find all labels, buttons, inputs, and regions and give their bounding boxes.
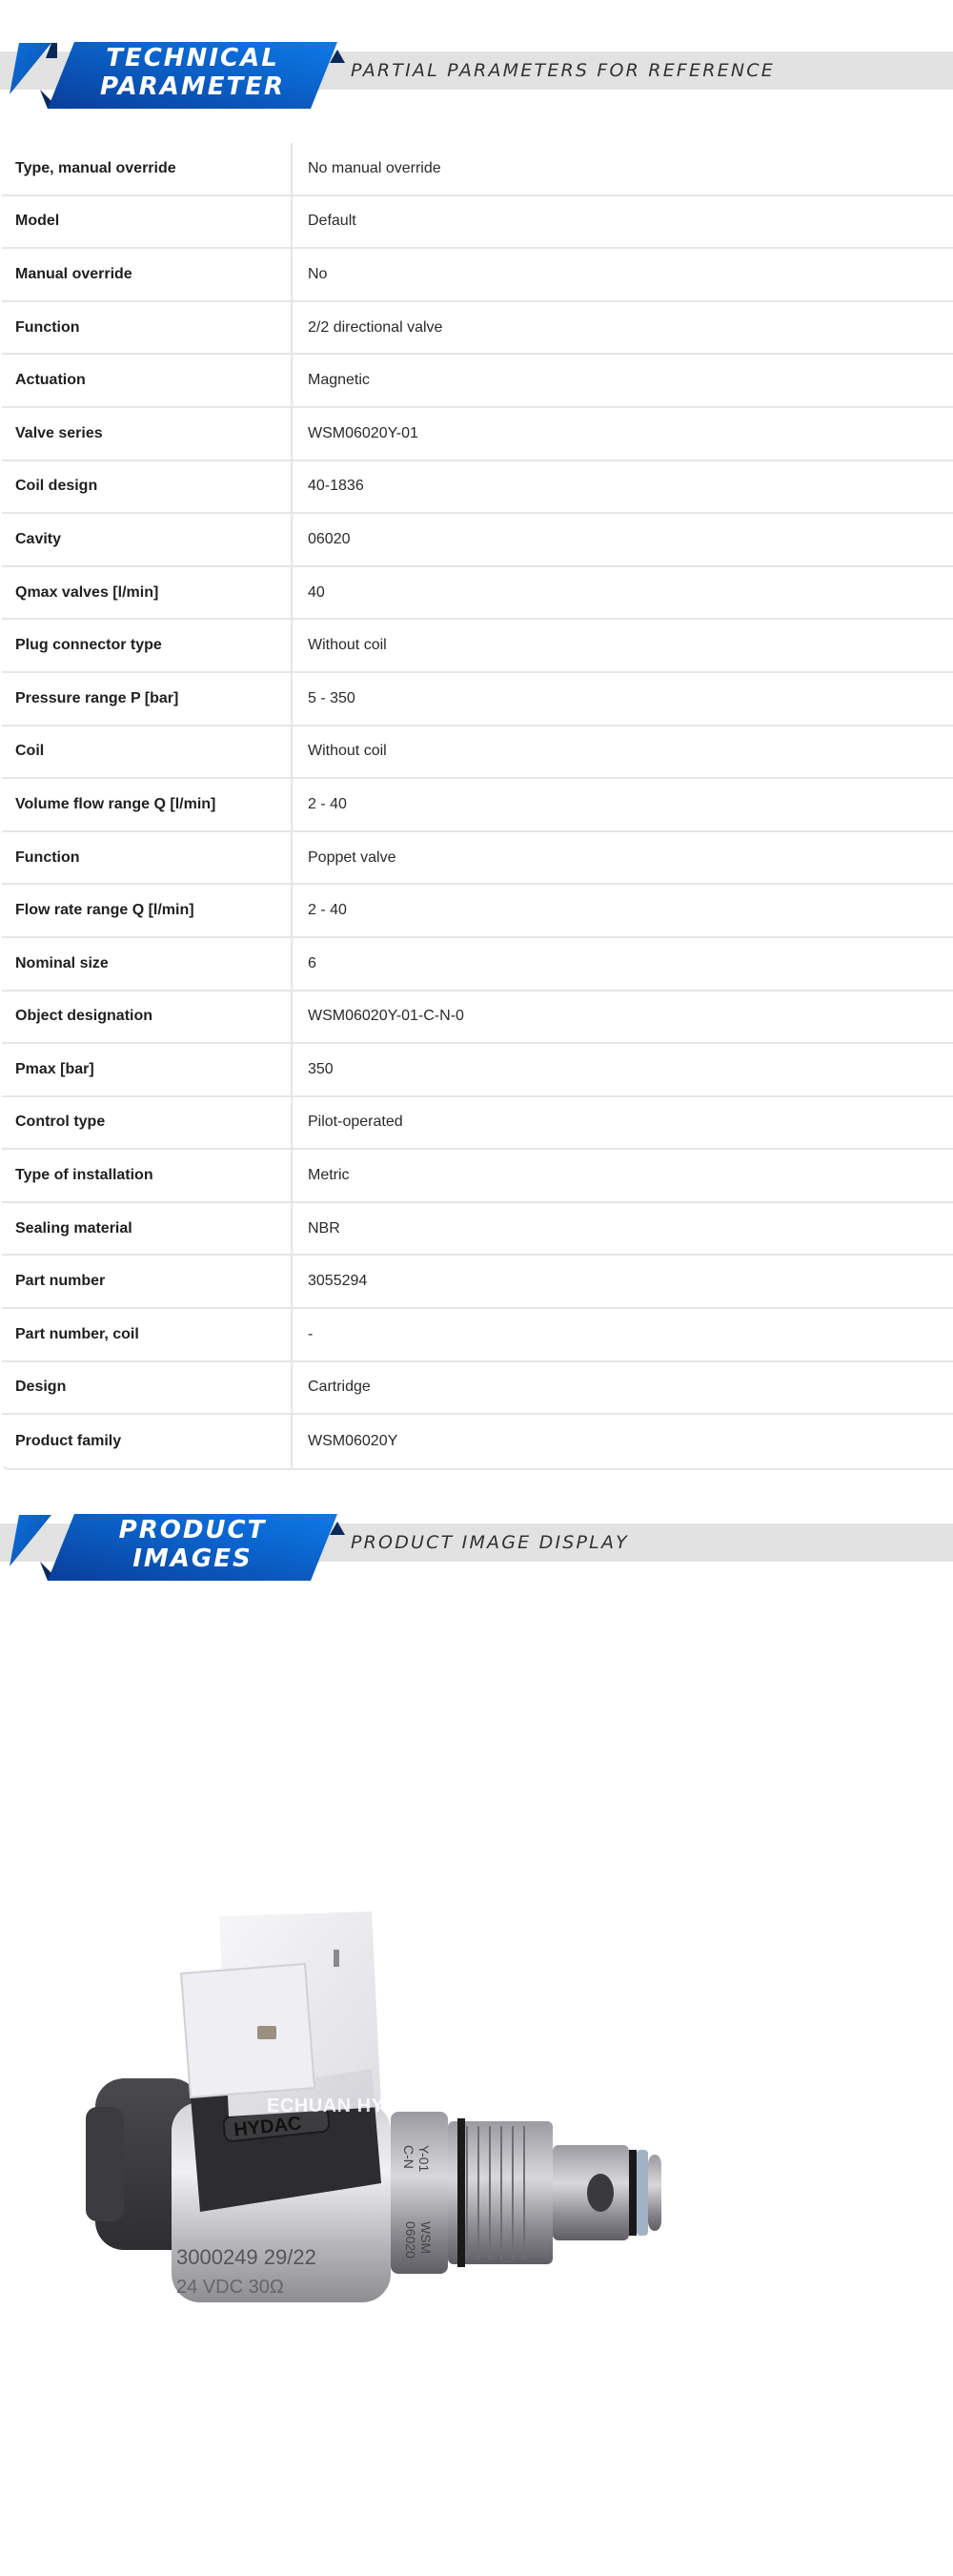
spec-value: Without coil <box>293 726 953 778</box>
table-row: Pressure range P [bar]5 - 350 <box>2 673 953 726</box>
spec-value: Metric <box>293 1150 953 1201</box>
table-row: Part number3055294 <box>2 1256 953 1309</box>
table-row: Control typePilot-operated <box>2 1097 953 1151</box>
table-row: Type of installationMetric <box>2 1150 953 1203</box>
spec-label: Valve series <box>2 408 293 460</box>
section-title: PRODUCT IMAGES <box>59 1516 326 1573</box>
table-row: Object designationWSM06020Y-01-C-N-0 <box>2 992 953 1045</box>
spec-value: - <box>293 1309 953 1360</box>
spec-label: Flow rate range Q [l/min] <box>2 885 293 936</box>
spec-label: Product family <box>2 1415 293 1468</box>
table-row: Coil design40-1836 <box>2 461 953 515</box>
spec-value: WSM06020Y-01 <box>293 408 953 460</box>
section-title: TECHNICAL PARAMETER <box>59 44 326 101</box>
table-row: DesignCartridge <box>2 1362 953 1416</box>
table-row: ModelDefault <box>2 196 953 250</box>
spec-value: 2 - 40 <box>293 885 953 936</box>
spec-label: Pressure range P [bar] <box>2 673 293 725</box>
svg-text:Y-01: Y-01 <box>416 2145 432 2173</box>
spec-label: Coil <box>2 726 293 778</box>
spec-label: Object designation <box>2 992 293 1043</box>
table-row: Sealing materialNBR <box>2 1203 953 1257</box>
spec-label: Design <box>2 1362 293 1414</box>
spec-label: Volume flow range Q [l/min] <box>2 779 293 830</box>
table-row: Plug connector typeWithout coil <box>2 620 953 673</box>
spec-value: 40 <box>293 567 953 619</box>
spec-value: Magnetic <box>293 355 953 406</box>
spec-label: Type of installation <box>2 1150 293 1201</box>
technical-parameter-banner: TECHNICAL PARAMETER PARTIAL PARAMETERS F… <box>0 34 953 107</box>
table-row: Volume flow range Q [l/min]2 - 40 <box>2 779 953 832</box>
svg-text:C-N: C-N <box>401 2145 416 2169</box>
spec-label: Control type <box>2 1097 293 1149</box>
spec-label: Part number, coil <box>2 1309 293 1360</box>
spec-label: Type, manual override <box>2 143 293 194</box>
product-images-banner: PRODUCT IMAGES PRODUCT IMAGE DISPLAY <box>0 1506 953 1579</box>
spec-label: Model <box>2 196 293 248</box>
section-subtitle: PRODUCT IMAGE DISPLAY <box>351 1531 629 1554</box>
section-title-line2: PARAMETER <box>59 72 326 101</box>
spec-value: 2/2 directional valve <box>293 302 953 354</box>
spec-value: WSM06020Y <box>293 1415 953 1468</box>
table-row: Pmax [bar]350 <box>2 1044 953 1097</box>
spec-value: Cartridge <box>293 1362 953 1414</box>
spec-value: 6 <box>293 938 953 990</box>
table-row: Function2/2 directional valve <box>2 302 953 356</box>
spec-label: Plug connector type <box>2 620 293 671</box>
table-row: Nominal size6 <box>2 938 953 992</box>
spec-value: Poppet valve <box>293 832 953 884</box>
section-subtitle: PARTIAL PARAMETERS FOR REFERENCE <box>351 59 775 82</box>
table-row: Cavity06020 <box>2 514 953 567</box>
spec-value: No manual override <box>293 143 953 194</box>
spec-label: Function <box>2 302 293 354</box>
table-row: Part number, coil- <box>2 1309 953 1362</box>
spec-label: Actuation <box>2 355 293 406</box>
spec-label: Part number <box>2 1256 293 1307</box>
spec-value: 06020 <box>293 514 953 565</box>
table-row: Manual overrideNo <box>2 249 953 302</box>
table-row: Type, manual overrideNo manual override <box>2 143 953 196</box>
spec-value: 5 - 350 <box>293 673 953 725</box>
spec-value: 3055294 <box>293 1256 953 1307</box>
spec-label: Sealing material <box>2 1203 293 1255</box>
table-row: Valve seriesWSM06020Y-01 <box>2 408 953 461</box>
svg-text:24 VDC 30Ω: 24 VDC 30Ω <box>176 2277 284 2298</box>
table-row: CoilWithout coil <box>2 726 953 780</box>
table-row: FunctionPoppet valve <box>2 832 953 886</box>
spec-value: Without coil <box>293 620 953 671</box>
svg-text:WSM: WSM <box>418 2221 434 2254</box>
spec-label: Qmax valves [l/min] <box>2 567 293 619</box>
spec-value: 350 <box>293 1044 953 1095</box>
spec-label: Manual override <box>2 249 293 300</box>
section-title-line2: IMAGES <box>59 1544 326 1573</box>
table-row: Qmax valves [l/min]40 <box>2 567 953 621</box>
spec-value: NBR <box>293 1203 953 1255</box>
section-title-line1: TECHNICAL <box>59 44 326 72</box>
spec-label: Coil design <box>2 461 293 513</box>
spec-value: 2 - 40 <box>293 779 953 830</box>
section-title-line1: PRODUCT <box>59 1516 326 1544</box>
spec-label: Pmax [bar] <box>2 1044 293 1095</box>
watermark-text: ECHUAN HYDRAULIC MACHINERY CO., LTD <box>267 2096 688 2117</box>
table-row: Flow rate range Q [l/min]2 - 40 <box>2 885 953 938</box>
spec-value: WSM06020Y-01-C-N-0 <box>293 992 953 1043</box>
spec-label: Function <box>2 832 293 884</box>
svg-text:3000249 29/22: 3000249 29/22 <box>176 2245 316 2269</box>
svg-text:06020: 06020 <box>403 2221 418 2259</box>
spec-label: Cavity <box>2 514 293 565</box>
spec-value: Pilot-operated <box>293 1097 953 1149</box>
table-row: ActuationMagnetic <box>2 355 953 408</box>
product-image[interactable]: HYDAC 3000249 29/22 24 VDC 30Ω Y-01 C-N … <box>86 1859 877 2307</box>
spec-value: No <box>293 249 953 300</box>
spec-value: Default <box>293 196 953 248</box>
spec-label: Nominal size <box>2 938 293 990</box>
table-row: Product familyWSM06020Y <box>2 1415 953 1468</box>
spec-table: Type, manual overrideNo manual overrideM… <box>0 143 953 1470</box>
spec-value: 40-1836 <box>293 461 953 513</box>
